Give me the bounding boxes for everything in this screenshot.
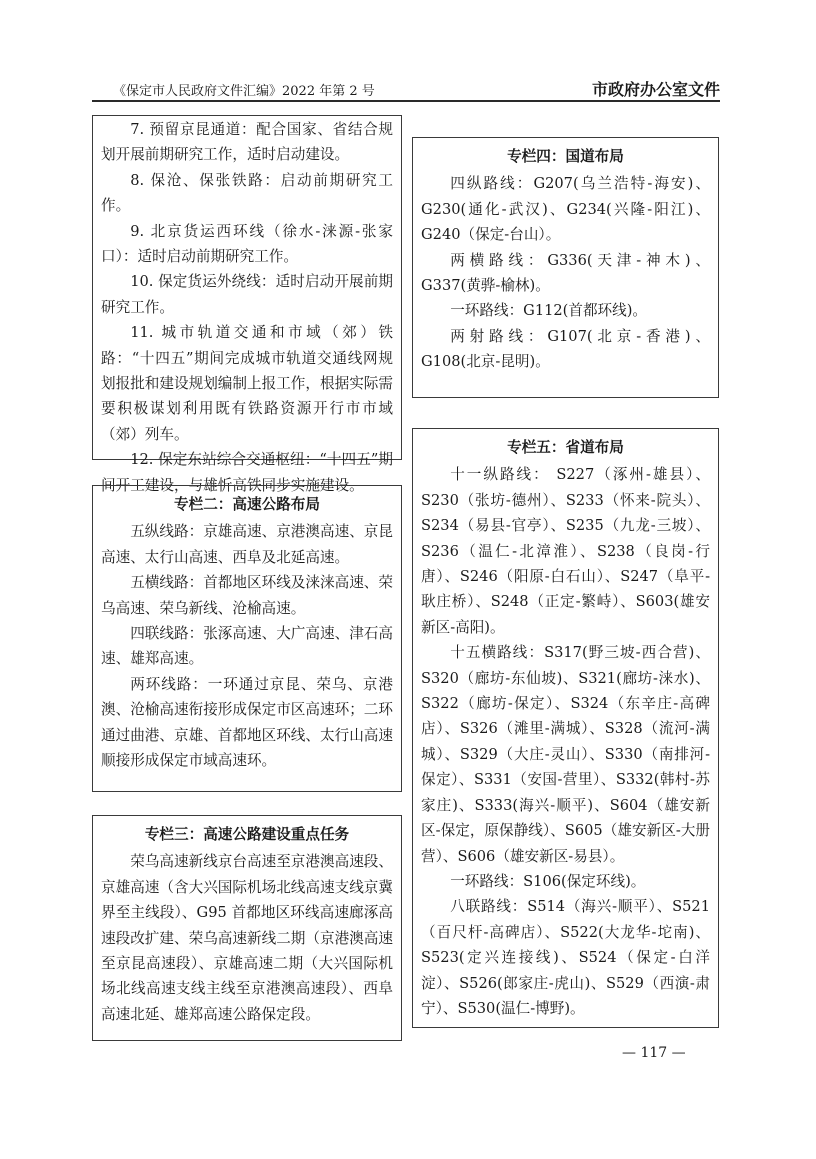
- expressway-layout-box: 专栏二：高速公路布局 五纵线路：京雄高速、京港澳高速、京昆高速、太行山高速、西阜…: [92, 485, 402, 792]
- paragraph: 荣乌高速新线京台高速至京港澳高速段、京雄高速（含大兴国际机场北线高速支线京冀界至…: [101, 849, 393, 1027]
- section-title: 市政府办公室文件: [592, 77, 720, 100]
- paragraph: 一环路线：G112(首都环线)。: [421, 298, 710, 323]
- paragraph: 五纵线路：京雄高速、京港澳高速、京昆高速、太行山高速、西阜及北延高速。: [101, 519, 393, 570]
- paragraph: 两横路线：G336(天津-神木)、G337(黄骅-榆林)。: [421, 248, 710, 299]
- paragraph: 十一纵路线： S227（涿州-雄县）、S230（张坊-德州）、S233（怀来-院…: [421, 462, 710, 640]
- paragraph: 十五横路线：S317(野三坡-西合营)、S320（廊坊-东仙坡)、S321(廊坊…: [421, 640, 710, 869]
- column-title: 专栏四：国道布局: [421, 144, 710, 169]
- paragraph: 两环线路：一环通过京昆、荣乌、京港澳、沧榆高速衔接形成保定市区高速环；二环通过曲…: [101, 672, 393, 774]
- provincial-road-layout-box: 专栏五：省道布局 十一纵路线： S227（涿州-雄县）、S230（张坊-德州）、…: [412, 428, 719, 1028]
- publication-title: 《保定市人民政府文件汇编》2022 年第 2 号: [113, 80, 375, 99]
- paragraph: 两射路线：G107(北京-香港)、G108(北京-昆明)。: [421, 324, 710, 375]
- railway-item-8: 8. 保沧、保张铁路：启动前期研究工作。: [101, 168, 393, 219]
- paragraph: 四联线路：张涿高速、大广高速、津石高速、雄郑高速。: [101, 621, 393, 672]
- railway-item-11: 11. 城市轨道交通和市域（郊）铁路：“十四五”期间完成城市轨道交通线网规划报批…: [101, 320, 393, 447]
- railway-item-10: 10. 保定货运外绕线：适时启动开展前期研究工作。: [101, 269, 393, 320]
- header-divider: [92, 100, 720, 102]
- paragraph: 五横线路：首都地区环线及涞涞高速、荣乌高速、荣乌新线、沧榆高速。: [101, 570, 393, 621]
- column-title: 专栏五：省道布局: [421, 435, 710, 460]
- page-number: — 117 —: [622, 1045, 686, 1061]
- paragraph: 四纵路线：G207(乌兰浩特-海安)、G230(通化-武汉)、G234(兴隆-阳…: [421, 171, 710, 247]
- column-title: 专栏三：高速公路建设重点任务: [101, 822, 393, 847]
- expressway-key-tasks-box: 专栏三：高速公路建设重点任务 荣乌高速新线京台高速至京港澳高速段、京雄高速（含大…: [92, 815, 402, 1041]
- railway-tasks-box: 7. 预留京昆通道：配合国家、省结合规划开展前期研究工作，适时启动建设。 8. …: [92, 115, 402, 460]
- paragraph: 八联路线：S514（海兴-顺平）、S521（百尺杆-高碑店）、S522(大龙华-…: [421, 894, 710, 1021]
- railway-item-7: 7. 预留京昆通道：配合国家、省结合规划开展前期研究工作，适时启动建设。: [101, 117, 393, 168]
- railway-item-9: 9. 北京货运西环线（徐水-涞源-张家口）：适时启动前期研究工作。: [101, 219, 393, 270]
- national-road-layout-box: 专栏四：国道布局 四纵路线：G207(乌兰浩特-海安)、G230(通化-武汉)、…: [412, 137, 719, 398]
- paragraph: 一环路线：S106(保定环线)。: [421, 869, 710, 894]
- column-title: 专栏二：高速公路布局: [101, 492, 393, 517]
